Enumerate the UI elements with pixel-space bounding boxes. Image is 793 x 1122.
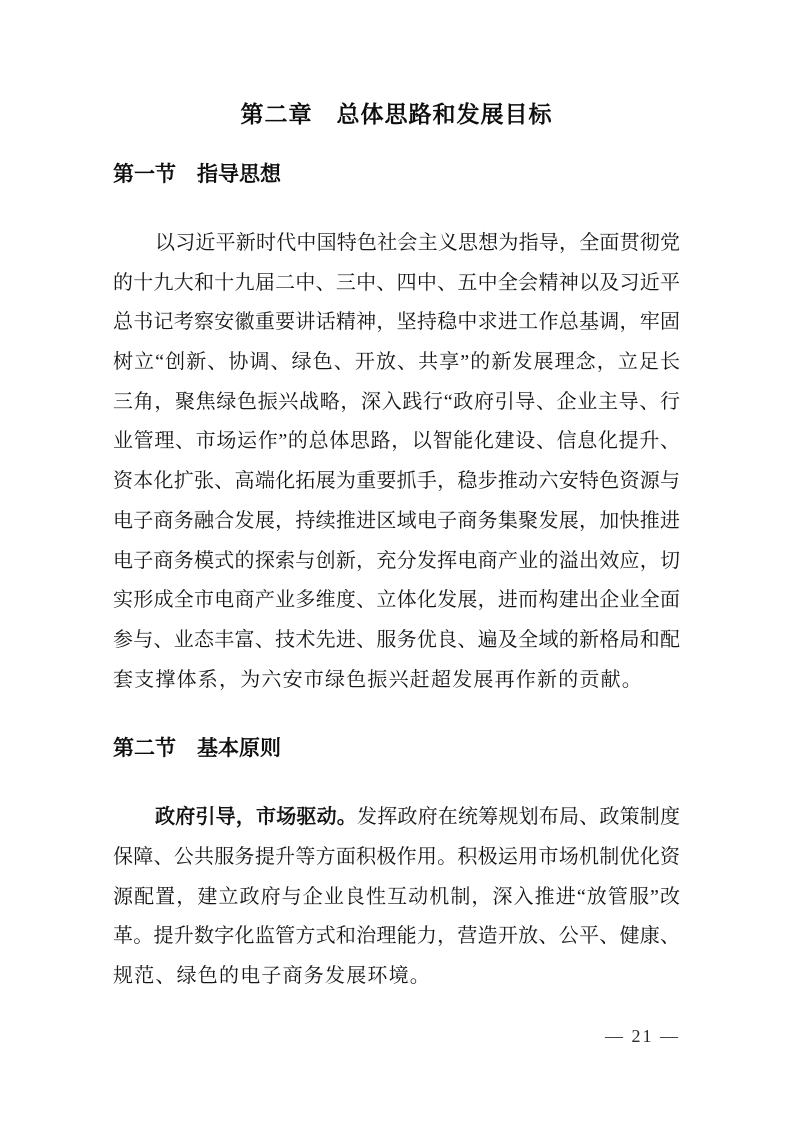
text-line: 的十九大和十九届二中、三中、四中、五中全会精神以及习近平 bbox=[113, 264, 680, 304]
section-2-paragraph: 政府引导，市场驱动。发挥政府在统筹规划布局、政策制度 保障、公共服务提升等方面积… bbox=[113, 798, 680, 996]
paragraph-lead-rest: 发挥政府在统筹规划布局、政策制度 bbox=[357, 806, 680, 828]
section-1-paragraph: 以习近平新时代中国特色社会主义思想为指导，全面贯彻党 的十九大和十九届二中、三中… bbox=[113, 224, 680, 700]
text-line: 保障、公共服务提升等方面积极作用。积极运用市场机制优化资 bbox=[113, 838, 680, 878]
text-line: 革。提升数字化监管方式和治理能力，营造开放、公平、健康、 bbox=[113, 917, 680, 957]
text-line: 规范、绿色的电子商务发展环境。 bbox=[113, 957, 680, 997]
document-page: 第二章 总体思路和发展目标 第一节 指导思想 以习近平新时代中国特色社会主义思想… bbox=[0, 0, 793, 1122]
text-line: 政府引导，市场驱动。发挥政府在统筹规划布局、政策制度 bbox=[113, 798, 680, 838]
text-line: 以习近平新时代中国特色社会主义思想为指导，全面贯彻党 bbox=[113, 224, 680, 264]
text-line: 套支撑体系，为六安市绿色振兴赶超发展再作新的贡献。 bbox=[113, 661, 680, 701]
page-number: — 21 — bbox=[0, 1026, 680, 1047]
text-line: 总书记考察安徽重要讲话精神，坚持稳中求进工作总基调，牢固 bbox=[113, 303, 680, 343]
text-line: 业管理、市场运作”的总体思路，以智能化建设、信息化提升、 bbox=[113, 422, 680, 462]
text-line: 参与、业态丰富、技术先进、服务优良、遍及全域的新格局和配 bbox=[113, 621, 680, 661]
text-line: 电子商务模式的探索与创新，充分发挥电商产业的溢出效应，切 bbox=[113, 542, 680, 582]
section-heading-1: 第一节 指导思想 bbox=[113, 162, 680, 188]
chapter-title: 第二章 总体思路和发展目标 bbox=[113, 100, 680, 128]
text-line: 三角，聚焦绿色振兴战略，深入践行“政府引导、企业主导、行 bbox=[113, 383, 680, 423]
text-line: 树立“创新、协调、绿色、开放、共享”的新发展理念，立足长 bbox=[113, 343, 680, 383]
text-line: 实形成全市电商产业多维度、立体化发展，进而构建出企业全面 bbox=[113, 581, 680, 621]
text-line: 资本化扩张、高端化拓展为重要抓手，稳步推动六安特色资源与 bbox=[113, 462, 680, 502]
paragraph-lead-bold: 政府引导，市场驱动。 bbox=[155, 806, 357, 828]
page-content: 第二章 总体思路和发展目标 第一节 指导思想 以习近平新时代中国特色社会主义思想… bbox=[113, 0, 680, 997]
text-line: 源配置，建立政府与企业良性互动机制，深入推进“放管服”改 bbox=[113, 878, 680, 918]
section-heading-2: 第二节 基本原则 bbox=[113, 736, 680, 762]
text-line: 电子商务融合发展，持续推进区域电子商务集聚发展，加快推进 bbox=[113, 502, 680, 542]
